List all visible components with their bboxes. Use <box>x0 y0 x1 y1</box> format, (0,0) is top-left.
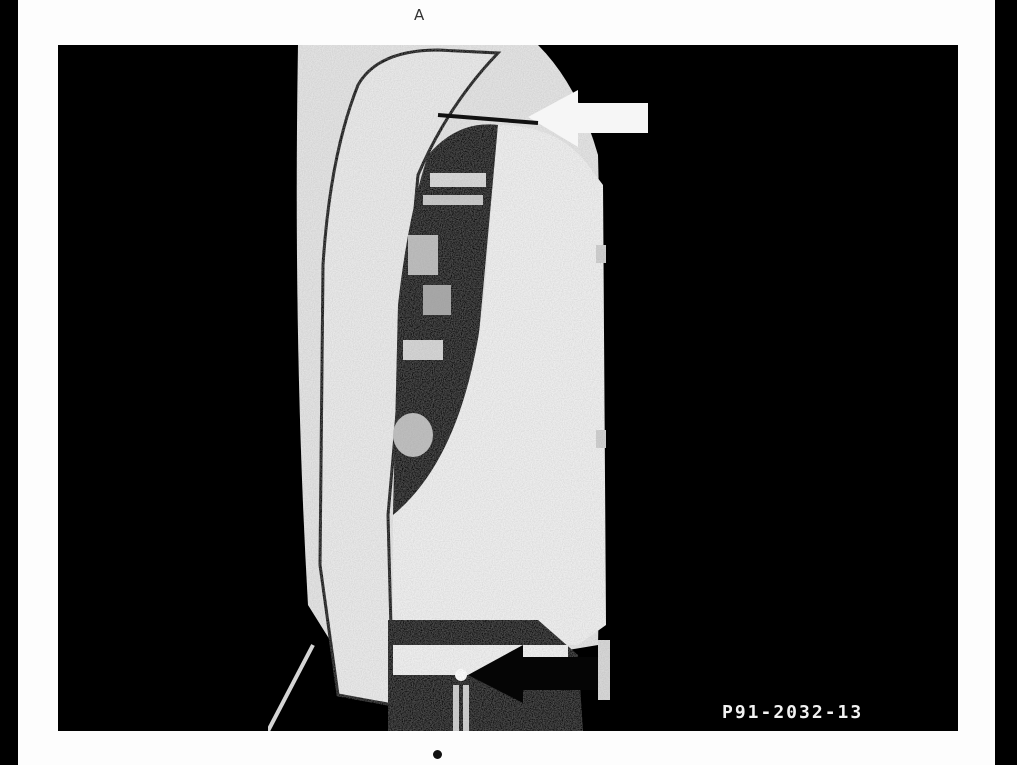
figure-photo <box>58 45 958 731</box>
figure-id-label: P91-2032-13 <box>722 702 863 723</box>
scan-dot <box>433 750 442 759</box>
page-mark: A <box>414 6 424 24</box>
scan-edge-left <box>0 0 18 765</box>
scan-edge-right <box>995 0 1017 765</box>
